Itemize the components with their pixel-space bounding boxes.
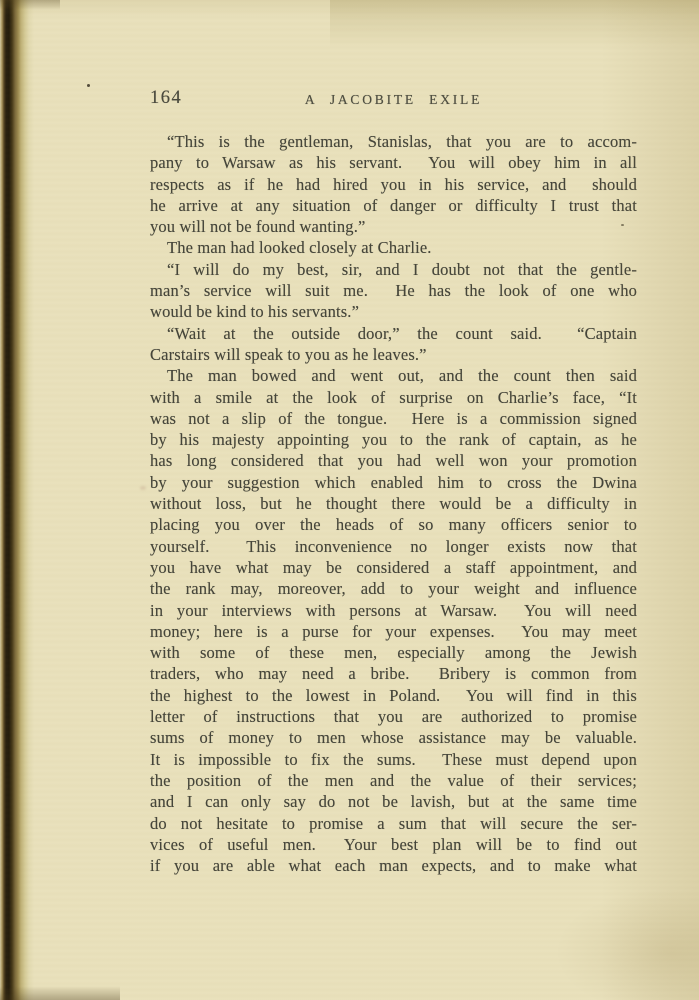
page-text: “This is the gentleman, Stanislas, that … (150, 131, 637, 876)
text-line: The man bowed and went out, and the coun… (150, 365, 637, 386)
text-line: respects as if he had hired you in his s… (150, 174, 637, 195)
text-line: the position of the men and the value of… (150, 770, 637, 791)
text-line: The man had looked closely at Charlie. (150, 237, 637, 258)
text-line: and I can only say do not be lavish, but… (150, 791, 637, 812)
text-line: do not hesitate to promise a sum that wi… (150, 813, 637, 834)
page-number: 164 (150, 88, 182, 109)
text-line: by your suggestion which enabled him to … (150, 472, 637, 493)
text-line: by his majesty appointing you to the ran… (150, 429, 637, 450)
paper-speck (87, 84, 90, 87)
text-line: he arrive at any situation of danger or … (150, 195, 637, 216)
text-line: the highest to the lowest in Poland. You… (150, 685, 637, 706)
running-title: A JACOBITE EXILE (150, 88, 637, 108)
text-line: you will not be found wanting.” (150, 216, 637, 237)
text-line: pany to Warsaw as his servant. You will … (150, 152, 637, 173)
scan-top-shading (330, 0, 699, 48)
page-header: 164 A JACOBITE EXILE (150, 88, 637, 112)
text-line: with a smile at the look of surprise on … (150, 387, 637, 408)
text-line: if you are able what each man expects, a… (150, 855, 637, 876)
text-line: “Wait at the outside door,” the count sa… (150, 323, 637, 344)
text-line: would be kind to his servants.” (150, 301, 637, 322)
text-line: you have what may be considered a staff … (150, 557, 637, 578)
text-line: money; here is a purse for your expenses… (150, 621, 637, 642)
text-line: “I will do my best, sir, and I doubt not… (150, 259, 637, 280)
paragraph: “Wait at the outside door,” the count sa… (150, 323, 637, 366)
text-line: traders, who may need a bribe. Bribery i… (150, 663, 637, 684)
text-line: “This is the gentleman, Stanislas, that … (150, 131, 637, 152)
text-line: yourself. This inconvenience no longer e… (150, 536, 637, 557)
paragraph: “I will do my best, sir, and I doubt not… (150, 259, 637, 323)
text-line: Carstairs will speak to you as he leaves… (150, 344, 637, 365)
paper-speck (140, 486, 146, 490)
text-line: the rank may, moreover, add to your weig… (150, 578, 637, 599)
text-line: It is impossible to fix the sums. These … (150, 749, 637, 770)
paragraph: “This is the gentleman, Stanislas, that … (150, 131, 637, 237)
text-line: vices of useful men. Your best plan will… (150, 834, 637, 855)
paragraph: The man had looked closely at Charlie. (150, 237, 637, 258)
paragraph: The man bowed and went out, and the coun… (150, 365, 637, 876)
text-line: letter of instructions that you are auth… (150, 706, 637, 727)
text-line: in your interviews with persons at Warsa… (150, 600, 637, 621)
text-line: with some of these men, especially among… (150, 642, 637, 663)
book-page-scan: 164 A JACOBITE EXILE “This is the gentle… (0, 0, 699, 1000)
text-line: placing you over the heads of so many of… (150, 514, 637, 535)
text-line: has long considered that you had well wo… (150, 450, 637, 471)
text-line: sums of money to men whose assistance ma… (150, 727, 637, 748)
book-binding-edge (0, 0, 34, 1000)
text-line: was not a slip of the tongue. Here is a … (150, 408, 637, 429)
text-line: without loss, but he thought there would… (150, 493, 637, 514)
text-line: man’s service will suit me. He has the l… (150, 280, 637, 301)
